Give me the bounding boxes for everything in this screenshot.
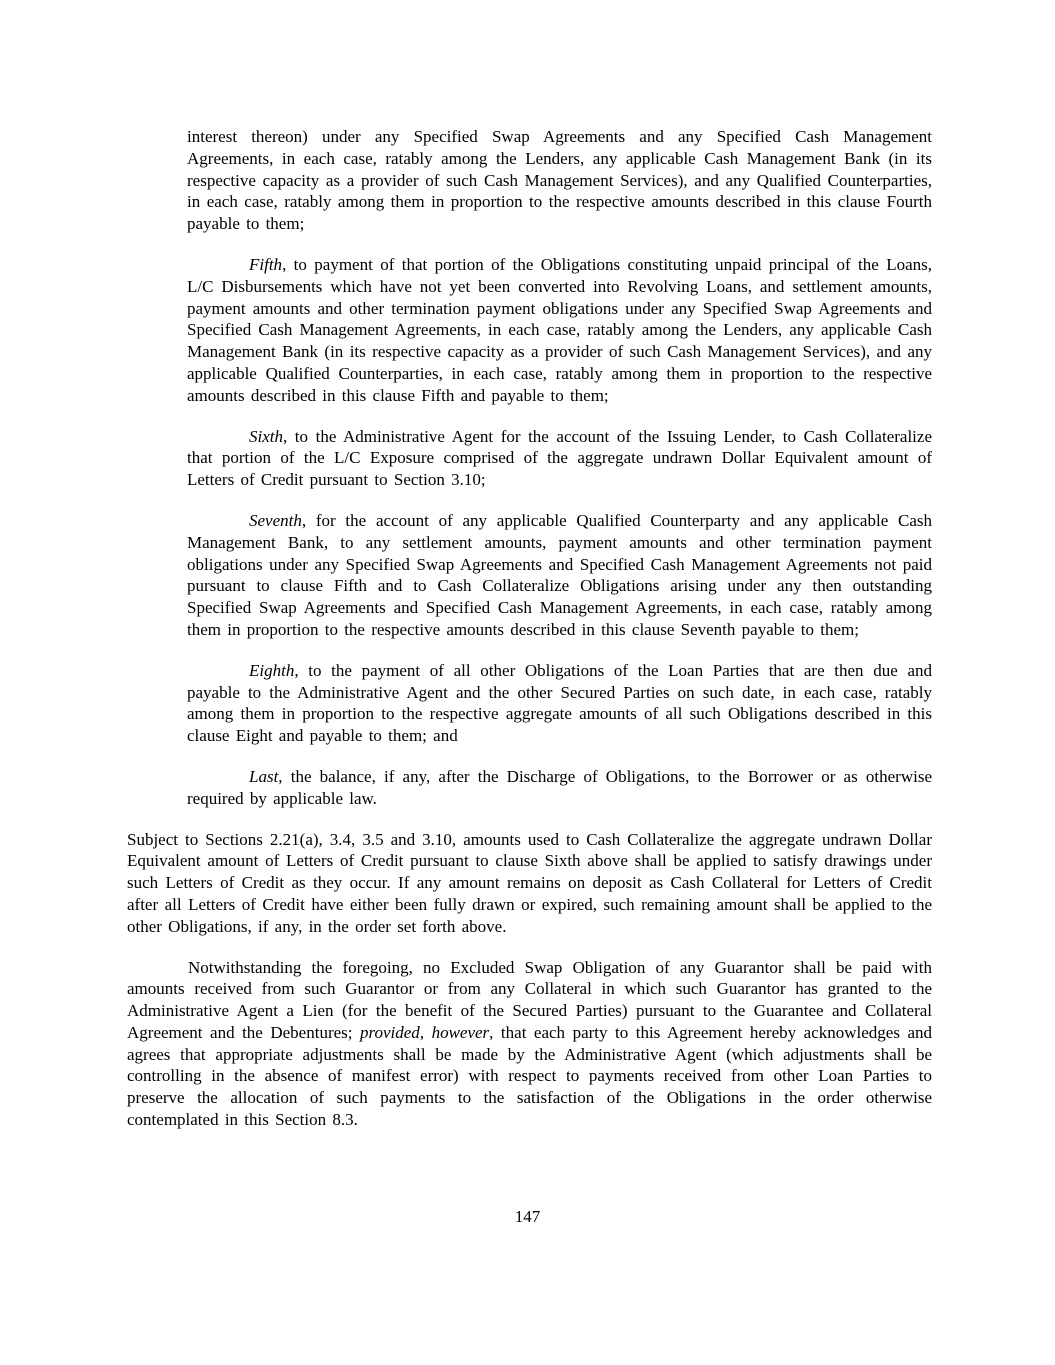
paragraph-text: , for the account of any applicable Qual…	[187, 511, 932, 639]
clause-lead-fifth: Fifth	[249, 255, 282, 274]
paragraph-clause-eighth: Eighth, to the payment of all other Obli…	[187, 660, 932, 747]
clause-lead-seventh: Seventh	[249, 511, 302, 530]
paragraph-subject-to-sections: Subject to Sections 2.21(a), 3.4, 3.5 an…	[127, 829, 932, 938]
paragraph-clause-sixth: Sixth, to the Administrative Agent for t…	[187, 426, 932, 491]
paragraph-clause-last: Last, the balance, if any, after the Dis…	[187, 766, 932, 810]
paragraph-text: , to the Administrative Agent for the ac…	[187, 427, 932, 490]
document-body: interest thereon) under any Specified Sw…	[127, 126, 932, 1150]
page-number: 147	[0, 1206, 1055, 1228]
paragraph-text: , the balance, if any, after the Dischar…	[187, 767, 932, 808]
paragraph-text: interest thereon) under any Specified Sw…	[187, 127, 932, 233]
paragraph-text: , to payment of that portion of the Obli…	[187, 255, 932, 405]
paragraph-notwithstanding: Notwithstanding the foregoing, no Exclud…	[127, 957, 932, 1131]
document-page: interest thereon) under any Specified Sw…	[0, 0, 1055, 1365]
clause-lead-sixth: Sixth	[249, 427, 283, 446]
paragraph-clause-seventh: Seventh, for the account of any applicab…	[187, 510, 932, 641]
paragraph-text: , to the payment of all other Obligation…	[187, 661, 932, 745]
proviso-italic-however: however	[432, 1023, 490, 1042]
proviso-separator: ,	[420, 1023, 432, 1042]
paragraph-clause-fifth: Fifth, to payment of that portion of the…	[187, 254, 932, 407]
paragraph-clause-fourth-continuation: interest thereon) under any Specified Sw…	[187, 126, 932, 235]
clause-lead-eighth: Eighth	[249, 661, 294, 680]
proviso-italic-provided: provided	[360, 1023, 420, 1042]
clause-lead-last: Last	[249, 767, 278, 786]
paragraph-text: Subject to Sections 2.21(a), 3.4, 3.5 an…	[127, 830, 932, 936]
